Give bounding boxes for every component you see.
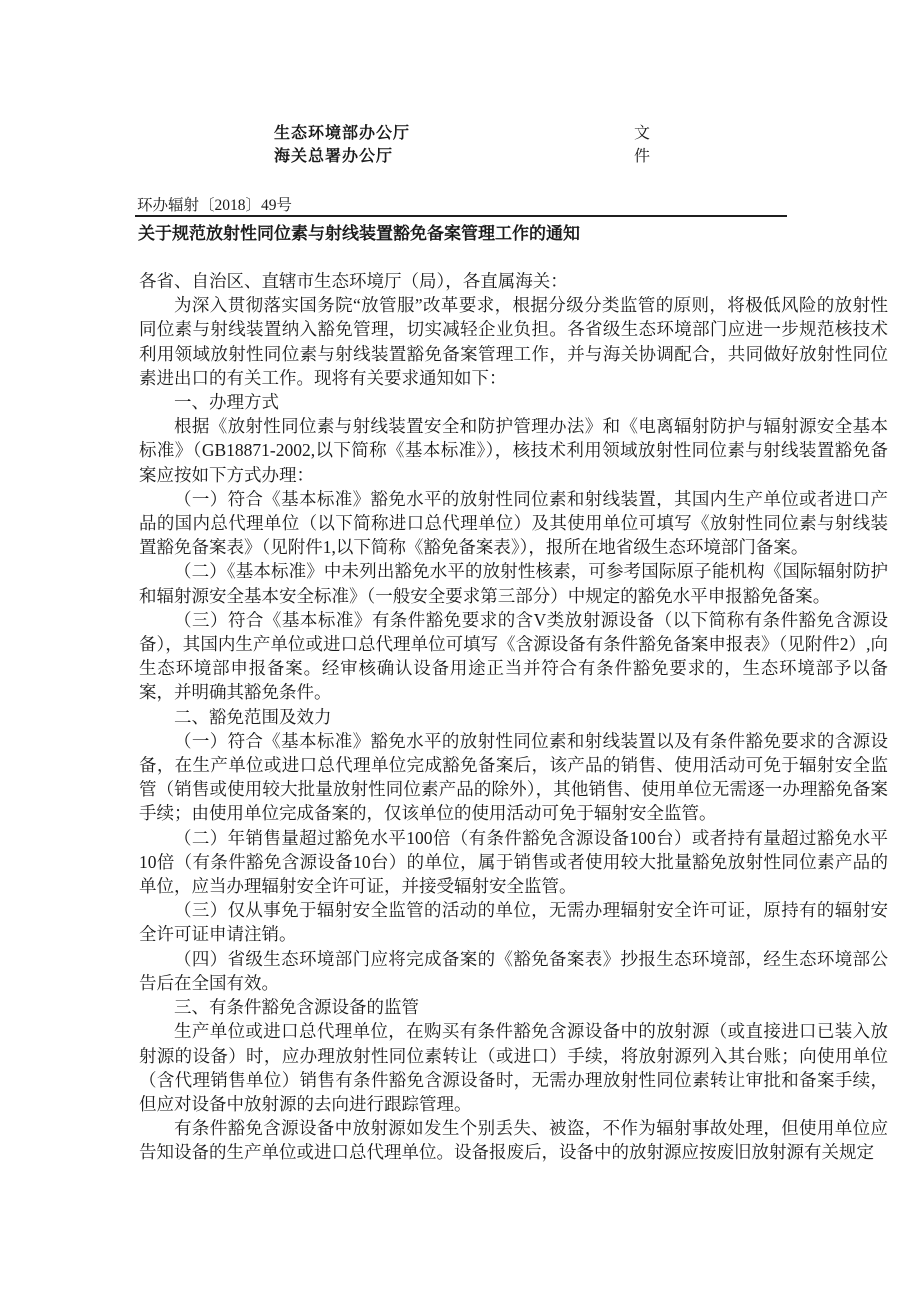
document-number: 环办辐射〔2018〕49号 [137,197,292,215]
header-divider-line [135,215,787,217]
body-paragraph: 为深入贯彻落实国务院“放管服”改革要求，根据分级分类监管的原则，将极低风险的放射… [139,293,888,390]
body-paragraph: 各省、自治区、直辖市生态环境厅（局），各直属海关： [139,269,888,293]
letterhead-char-jian: 件 [634,145,650,168]
body-paragraph: （一）符合《基本标准》豁免水平的放射性同位素和射线装置以及有条件豁免要求的含源设… [139,729,888,826]
letterhead-org-customs: 海关总署办公厅 [274,145,410,168]
document-page: 生态环境部办公厅 海关总署办公厅 文 件 环办辐射〔2018〕49号 关于规范放… [0,0,920,1301]
body-paragraph: 根据《放射性同位素与射线装置安全和防护管理办法》和《电离辐射防护与辐射源安全基本… [139,414,888,487]
body-paragraph: 生产单位或进口总代理单位，在购买有条件豁免含源设备中的放射源（或直接进口已装入放… [139,1019,888,1116]
letterhead-org-ministry-ecology: 生态环境部办公厅 [274,122,410,145]
letterhead-document-word: 文 件 [634,122,650,168]
body-paragraph: （二）年销售量超过豁免水平100倍（有条件豁免含源设备100台）或者持有量超过豁… [139,826,888,899]
body-paragraph: （三）仅从事免于辐射安全监管的活动的单位，无需办理辐射安全许可证，原持有的辐射安… [139,898,888,946]
body-paragraph: （一）符合《基本标准》豁免水平的放射性同位素和射线装置，其国内生产单位或者进口产… [139,487,888,560]
letterhead-char-wen: 文 [634,122,650,145]
letterhead: 生态环境部办公厅 海关总署办公厅 文 件 [274,122,650,168]
body-paragraph: 二、豁免范围及效力 [139,705,888,729]
document-body: 各省、自治区、直辖市生态环境厅（局），各直属海关：为深入贯彻落实国务院“放管服”… [139,269,888,1165]
body-paragraph: 三、有条件豁免含源设备的监管 [139,995,888,1019]
letterhead-orgs: 生态环境部办公厅 海关总署办公厅 [274,122,410,168]
body-paragraph: （四）省级生态环境部门应将完成备案的《豁免备案表》抄报生态环境部，经生态环境部公… [139,947,888,995]
document-title: 关于规范放射性同位素与射线装置豁免备案管理工作的通知 [138,223,898,245]
body-paragraph: （二）《基本标准》中未列出豁免水平的放射性核素，可参考国际原子能机构《国际辐射防… [139,559,888,607]
body-paragraph: 有条件豁免含源设备中放射源如发生个别丢失、被盗，不作为辐射事故处理，但使用单位应… [139,1116,888,1164]
body-paragraph: （三）符合《基本标准》有条件豁免要求的含V类放射源设备（以下简称有条件豁免含源设… [139,608,888,705]
body-paragraph: 一、办理方式 [139,390,888,414]
